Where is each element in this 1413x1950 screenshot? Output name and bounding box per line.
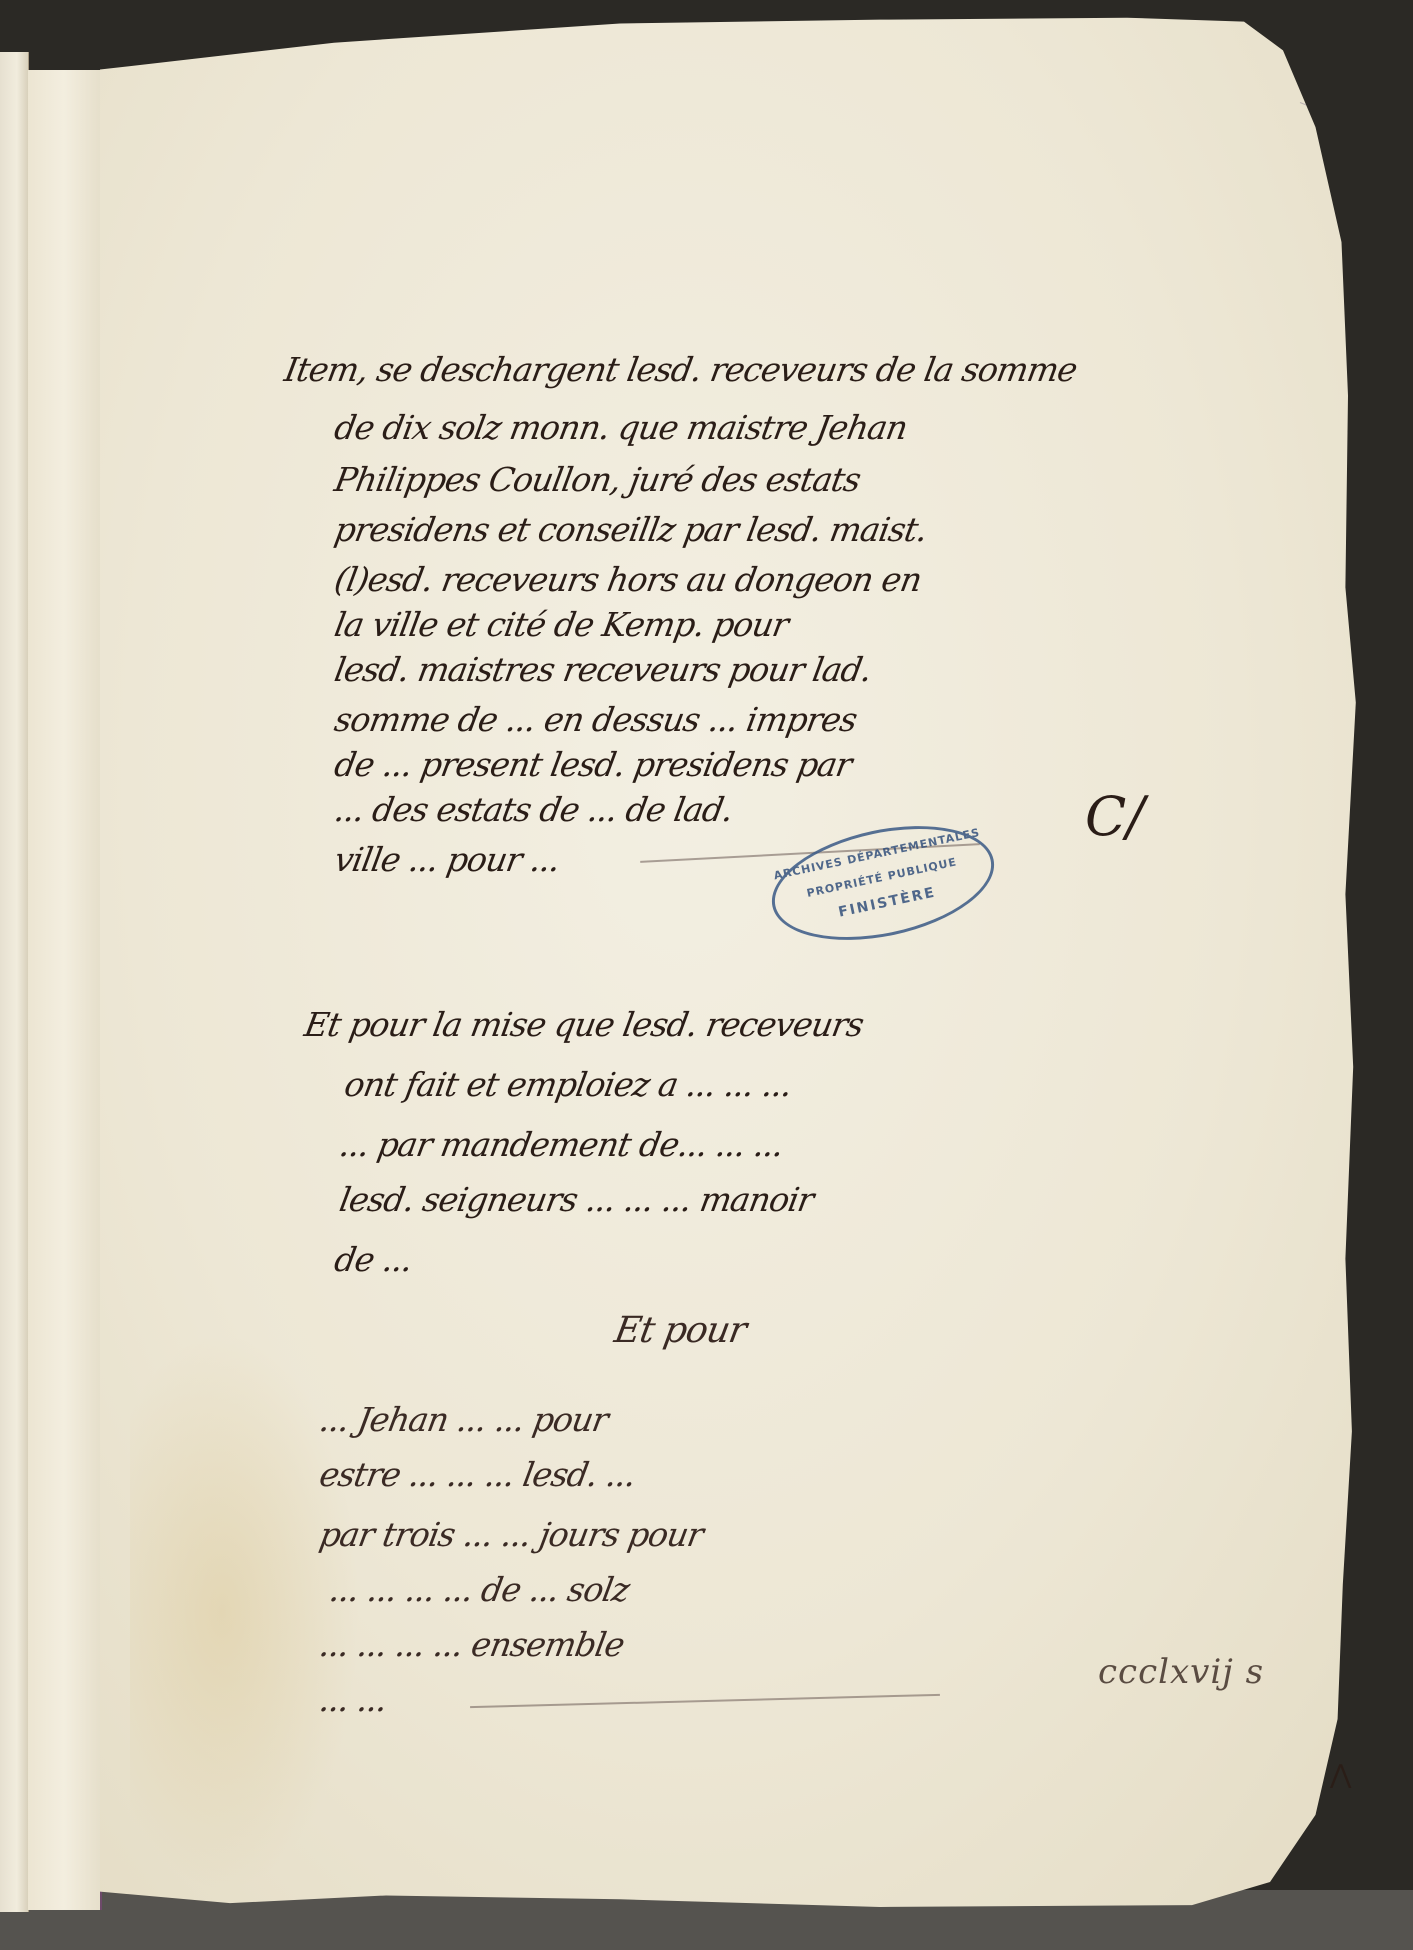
corner-tick-mark: ⋀ <box>1330 1760 1351 1790</box>
text-line: ... Jehan ... ... pour <box>317 1400 611 1439</box>
text-line: ... ... ... ... ensemble <box>317 1625 627 1664</box>
text-line: Item, se deschargent lesd. receveurs de … <box>282 350 1080 389</box>
text-line: ... par mandement de... ... ... <box>337 1125 787 1164</box>
text-line: ... ... ... ... de ... solz <box>327 1570 633 1609</box>
text-line: lesd. maistres receveurs pour lad. <box>332 650 875 689</box>
text-line: de ... <box>332 1240 416 1279</box>
text-line: ville ... pour ... <box>332 840 563 879</box>
marginal-total: ccclxvij s <box>1098 1652 1264 1692</box>
text-line: de dix solz monn. que maistre Jehan <box>332 408 911 447</box>
text-line: la ville et cité de Kemp. pour <box>332 605 791 644</box>
section-heading: Et pour <box>611 1310 749 1351</box>
text-line: ... des estats de ... de lad. <box>332 790 736 829</box>
text-line: de ... present lesd. presidens par <box>332 745 855 784</box>
text-line: ont fait et emploiez a ... ... ... <box>342 1065 795 1104</box>
binding-strip <box>28 70 102 1910</box>
paper-crease <box>1300 102 1384 137</box>
text-line: estre ... ... ... lesd. ... <box>317 1455 639 1494</box>
text-line: somme de ... en dessus ... impres <box>332 700 860 739</box>
text-line: par trois ... ... jours pour <box>317 1515 706 1554</box>
adjacent-page-edge <box>0 52 29 1912</box>
text-line: ... ... <box>317 1680 390 1719</box>
text-line: Philippes Coullon, juré des estats <box>332 460 864 499</box>
text-line: lesd. seigneurs ... ... ... manoir <box>337 1180 817 1219</box>
marginal-mark: C/ <box>1085 785 1145 848</box>
text-line: presidens et conseillz par lesd. maist. <box>332 510 930 549</box>
text-line: (l)esd. receveurs hors au dongeon en <box>332 560 925 599</box>
manuscript-page <box>100 12 1400 1930</box>
text-line: Et pour la mise que lesd. receveurs <box>302 1005 867 1044</box>
